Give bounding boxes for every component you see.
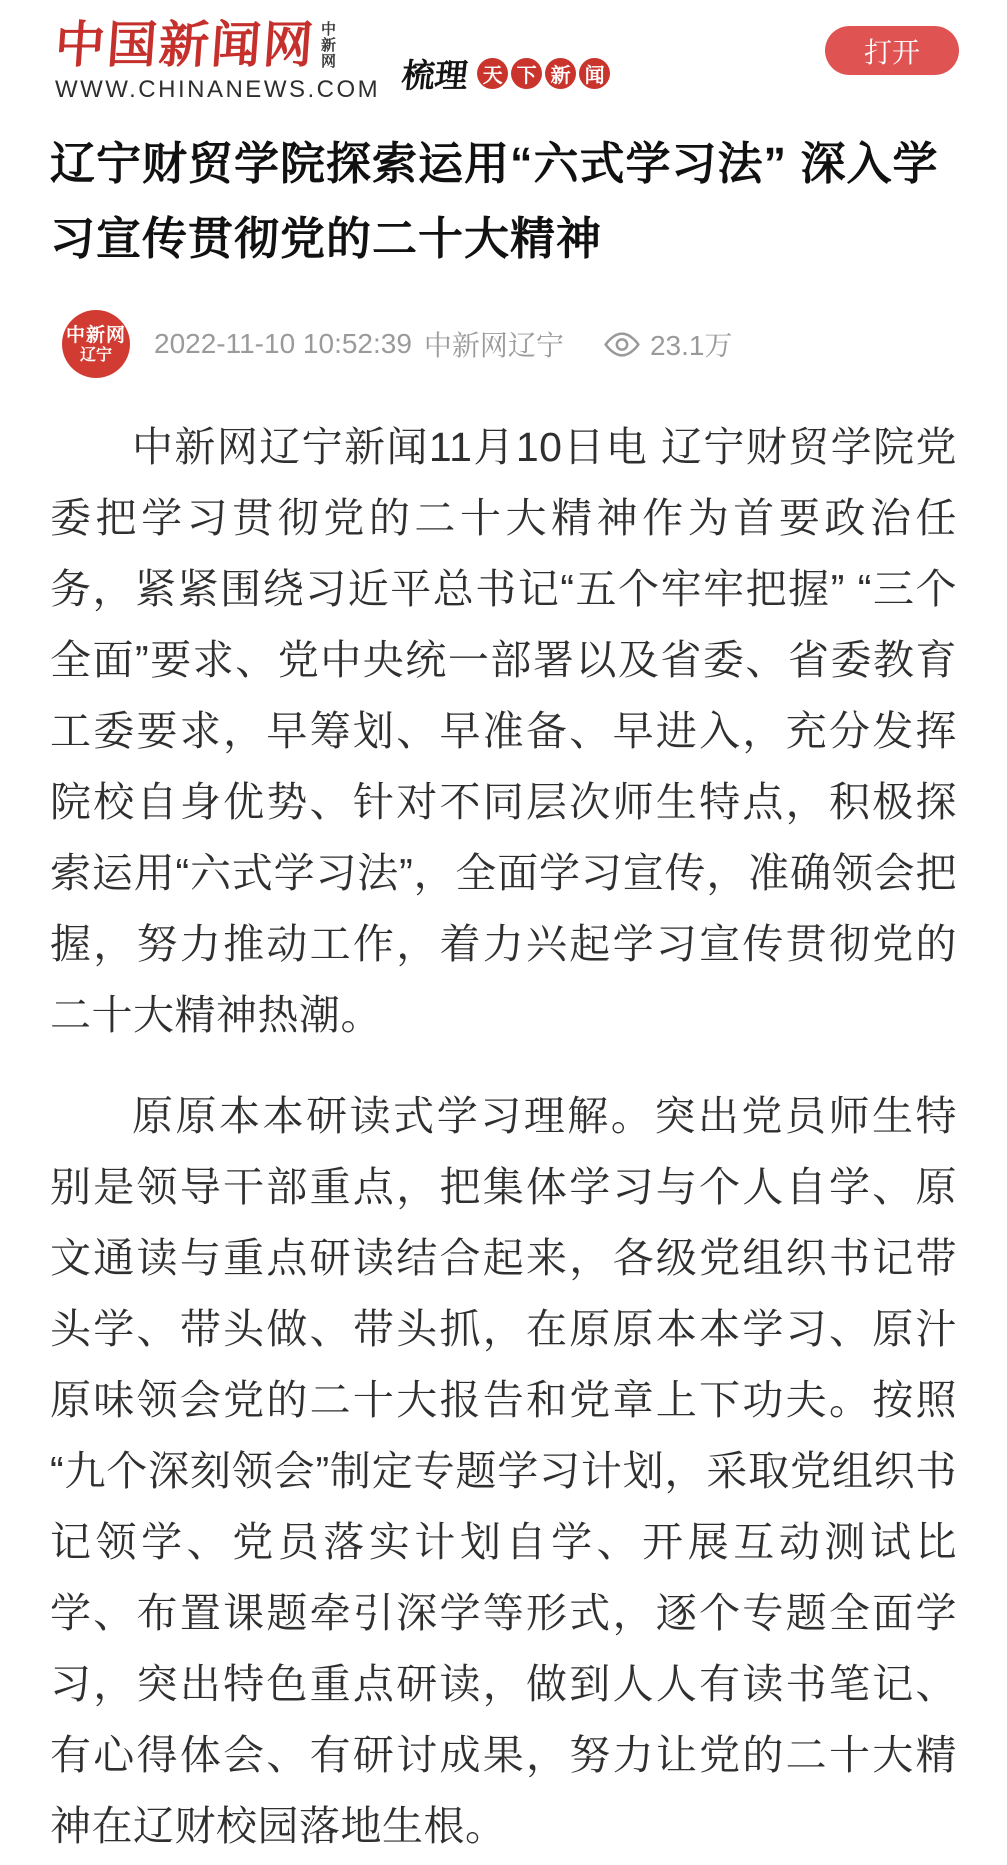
logo-vertical-char: 中	[321, 22, 336, 38]
slogan-circle-char: 闻	[579, 58, 610, 89]
slogan-circle-char: 下	[511, 58, 542, 89]
logo-url-text: WWW.CHINANEWS.COM	[55, 76, 380, 104]
logo-vertical-char: 新	[321, 38, 336, 54]
logo-vertical-char: 网	[321, 54, 336, 70]
chinanews-brand[interactable]: 中国新闻网 中 新 网 WWW.CHINANEWS.COM 梳理 天 下 新 闻	[55, 18, 610, 104]
source-avatar: 中新网 辽宁	[62, 310, 130, 378]
open-app-button[interactable]: 打开	[825, 26, 959, 75]
slogan-circle-char: 天	[477, 58, 508, 89]
chinanews-logo: 中国新闻网 中 新 网 WWW.CHINANEWS.COM	[55, 18, 380, 104]
publish-datetime: 2022-11-10 10:52:39	[154, 328, 412, 360]
slogan-circle-badges: 天 下 新 闻	[474, 58, 610, 89]
paragraph: 中新网辽宁新闻11月10日电 辽宁财贸学院党委把学习贯彻党的二十大精神作为首要政…	[50, 412, 957, 1051]
avatar-text-bottom: 辽宁	[80, 346, 112, 364]
slogan-prefix-text: 梳理	[400, 50, 471, 97]
logo-vertical-text: 中 新 网	[321, 22, 336, 70]
view-counter: 23.1万	[602, 324, 733, 364]
avatar-text-top: 中新网	[66, 325, 126, 346]
paragraph: 原原本本研读式学习理解。突出党员师生特别是领导干部重点，把集体学习与个人自学、原…	[50, 1081, 957, 1862]
view-count: 23.1万	[650, 324, 733, 364]
article-meta: 中新网 辽宁 2022-11-10 10:52:39 中新网辽宁 23.1万	[62, 310, 957, 378]
meta-text: 2022-11-10 10:52:39 中新网辽宁 23.1万	[154, 324, 732, 364]
site-header: 中国新闻网 中 新 网 WWW.CHINANEWS.COM 梳理 天 下 新 闻…	[0, 0, 1007, 104]
logo-calligraphy-text: 中国新闻网	[53, 18, 317, 72]
slogan: 梳理 天 下 新 闻	[402, 50, 610, 97]
source-name: 中新网辽宁	[424, 324, 564, 364]
slogan-circle-char: 新	[545, 58, 576, 89]
eye-icon	[602, 331, 642, 358]
article-title: 辽宁财贸学院探索运用“六式学习法” 深入学习宣传贯彻党的二十大精神	[50, 126, 957, 276]
article-body: 中新网辽宁新闻11月10日电 辽宁财贸学院党委把学习贯彻党的二十大精神作为首要政…	[50, 412, 957, 1862]
